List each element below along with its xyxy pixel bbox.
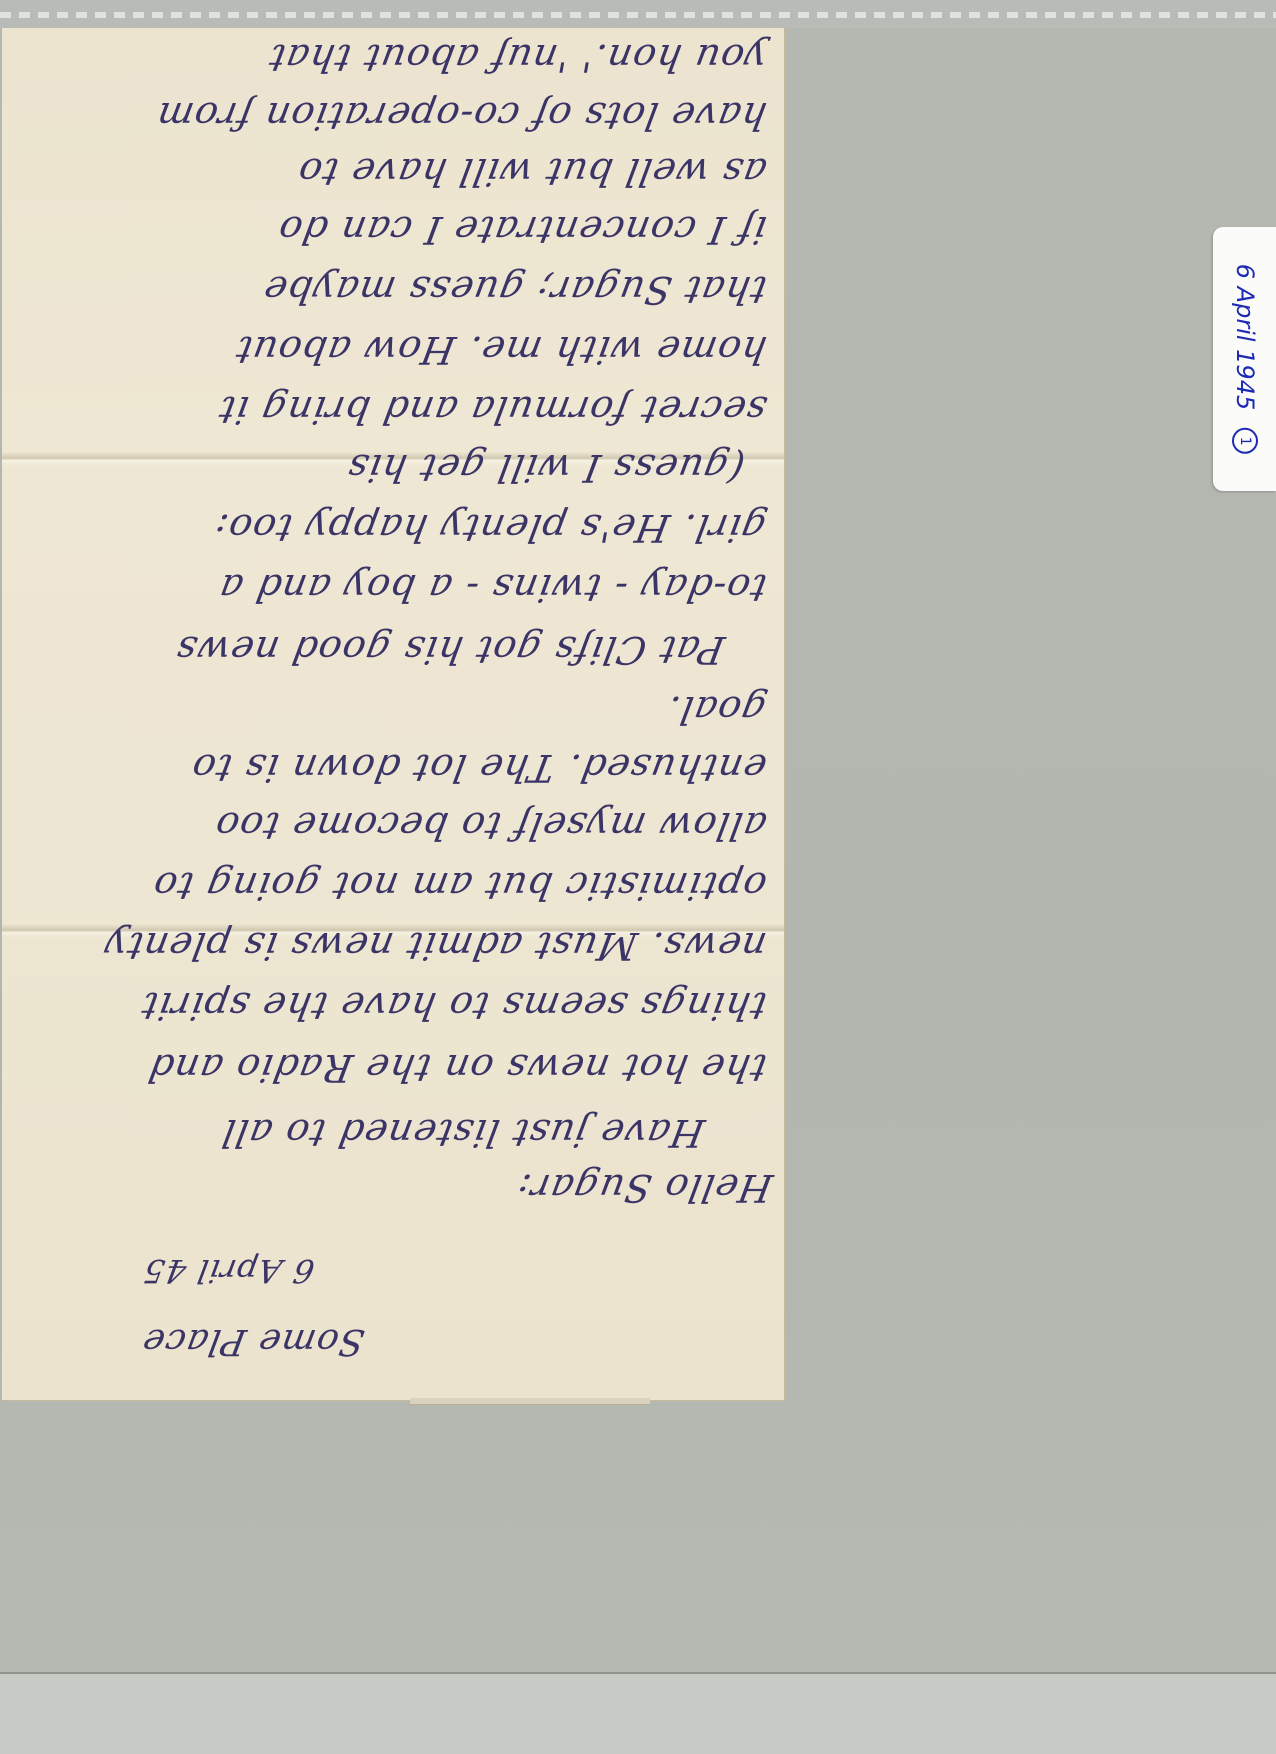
letter-line: things seems to have the spirit <box>137 984 769 1028</box>
letter-line: allow myself to become too <box>211 804 770 848</box>
letter-line: optimistic but am not going to <box>149 864 770 908</box>
index-tab-label: 6 April 1945 1 <box>1231 264 1259 454</box>
letter-line: home with me. How about <box>232 328 770 372</box>
scanner-sleeve-top <box>0 0 1276 28</box>
letter-line: Have just listened to all <box>218 1111 708 1155</box>
letter-line: goal. <box>663 688 770 732</box>
paper-underflap <box>410 1398 650 1405</box>
letter-line: enthused. The lot down is to <box>188 746 770 790</box>
letter-line: Pat Clifs got his good news <box>172 628 728 672</box>
letter-heading-place: Some Place <box>138 1321 367 1362</box>
letter-heading-date: 6 April 45 <box>140 1252 317 1290</box>
handwritten-letter: Some Place 6 April 45 Hello Sugar: Have … <box>2 28 784 1400</box>
letter-line: secret formula and bring it <box>215 388 770 432</box>
letter-line: news. Must admit news is plenty <box>100 924 770 968</box>
letter-line: you hon.' 'nuf about that <box>265 36 770 80</box>
letter-line: (guess I will get his <box>343 446 747 490</box>
letter-line: girl. He's plenty happy too: <box>210 506 770 550</box>
letter-page: Some Place 6 April 45 Hello Sugar: Have … <box>2 28 784 1400</box>
letter-line: have lots of co-operation from <box>153 94 770 138</box>
letter-line: if I concentrate I can do <box>274 208 770 252</box>
sleeve-perforation <box>0 12 1276 18</box>
letter-line: the hot news on the Radio and <box>144 1046 770 1090</box>
letter-line: that Sugar; guess maybe <box>259 268 769 312</box>
index-tab-date: 6 April 1945 <box>1231 264 1259 410</box>
index-tab: 6 April 1945 1 <box>1213 227 1276 491</box>
letter-salutation: Hello Sugar: <box>513 1166 776 1210</box>
scanner-sleeve-bottom <box>0 1674 1276 1754</box>
index-tab-number: 1 <box>1232 428 1258 454</box>
letter-line: to-day - twins - a boy and a <box>215 566 770 610</box>
letter-line: as well but will have to <box>294 150 770 194</box>
